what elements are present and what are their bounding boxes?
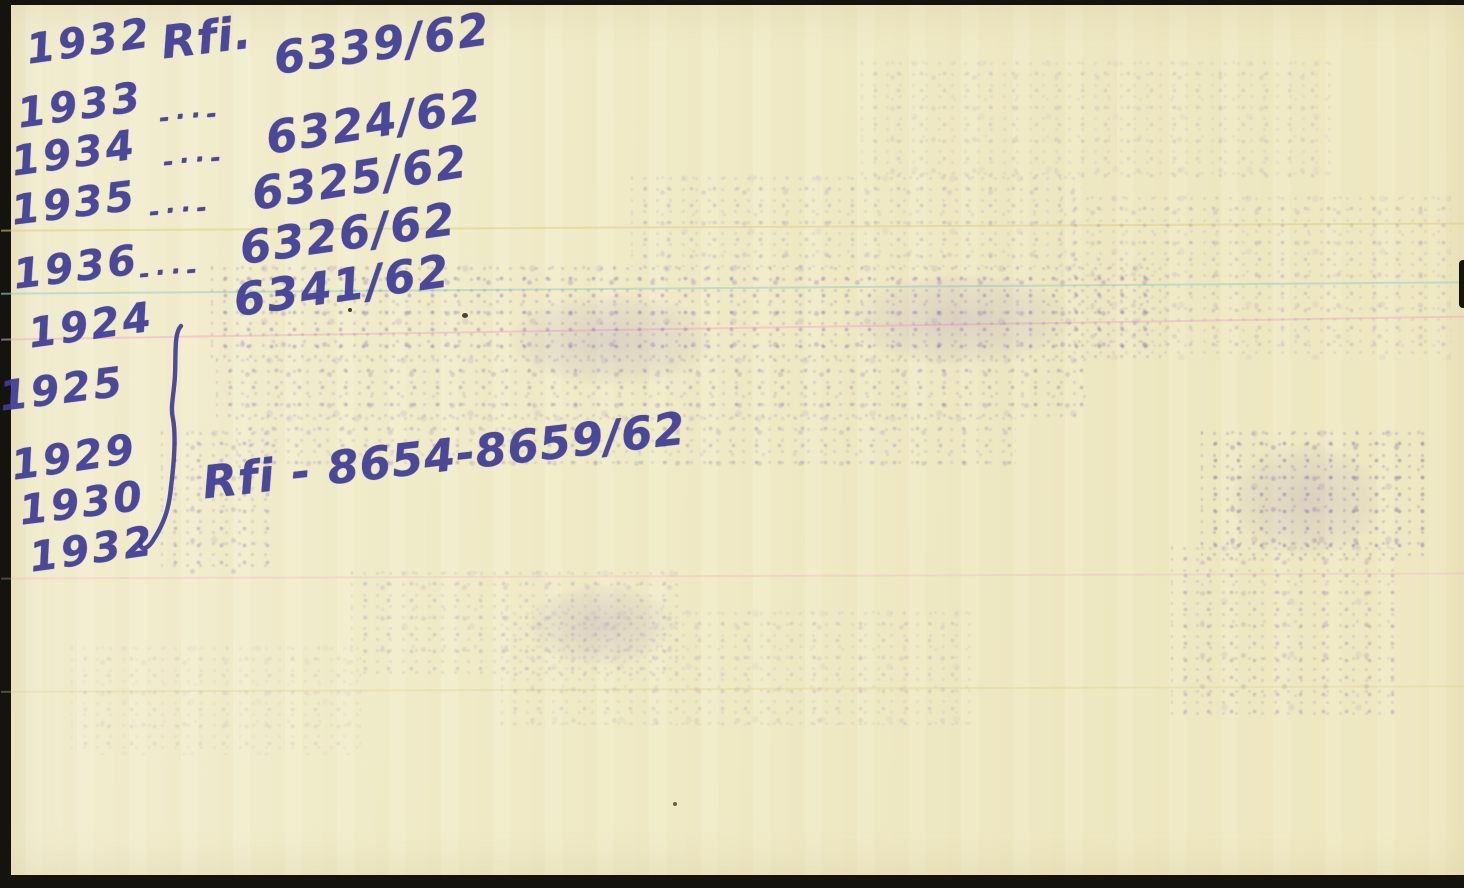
group-reference-number: Rfi - 8654-8659/62 (200, 402, 689, 510)
ditto-mark: -··- (138, 254, 204, 288)
group-year: 1925 (0, 357, 128, 420)
ruled-line-yellow (1, 222, 1464, 231)
ink-bleed-blotch (851, 275, 1071, 365)
ink-bleed-patch (501, 610, 971, 725)
grouping-brace (133, 323, 195, 567)
ink-bleed-cluster (1171, 545, 1401, 715)
entry-year: 1932 (23, 8, 155, 73)
ditto-mark: -··- (162, 142, 228, 176)
ink-bleed-cluster (1201, 430, 1431, 560)
scan-edge-notch (1459, 260, 1464, 308)
entry-year: 1936 (11, 235, 142, 298)
ink-bleed-blotch (511, 295, 711, 385)
ink-bleed-patch (351, 570, 681, 675)
scanned-index-card: 1932 Rfi. 6339/62 1933 -··- 6324/62 1934… (0, 0, 1464, 888)
ruled-line-pink-2 (1, 572, 1464, 579)
ruled-line-cyan (1, 281, 1464, 295)
entry-number: 6339/62 (270, 2, 494, 85)
ink-bleed-patch (631, 175, 1081, 267)
paper-fleck (673, 802, 677, 806)
ditto-mark: -··- (148, 192, 214, 226)
ink-bleed-blotch (531, 585, 671, 665)
paper-fleck (462, 313, 468, 318)
ink-bleed-patch (71, 645, 361, 755)
entry-prefix: Rfi. (158, 6, 255, 70)
ink-bleed-patch (861, 60, 1331, 180)
ditto-mark: -··- (158, 98, 224, 132)
ink-bleed-patch (1061, 195, 1451, 360)
ruled-line-yellow-2 (1, 685, 1464, 693)
card-paper: 1932 Rfi. 6339/62 1933 -··- 6324/62 1934… (11, 5, 1464, 875)
ink-bleed-blotch (1231, 445, 1381, 555)
ruled-line-pink (1, 315, 1464, 340)
